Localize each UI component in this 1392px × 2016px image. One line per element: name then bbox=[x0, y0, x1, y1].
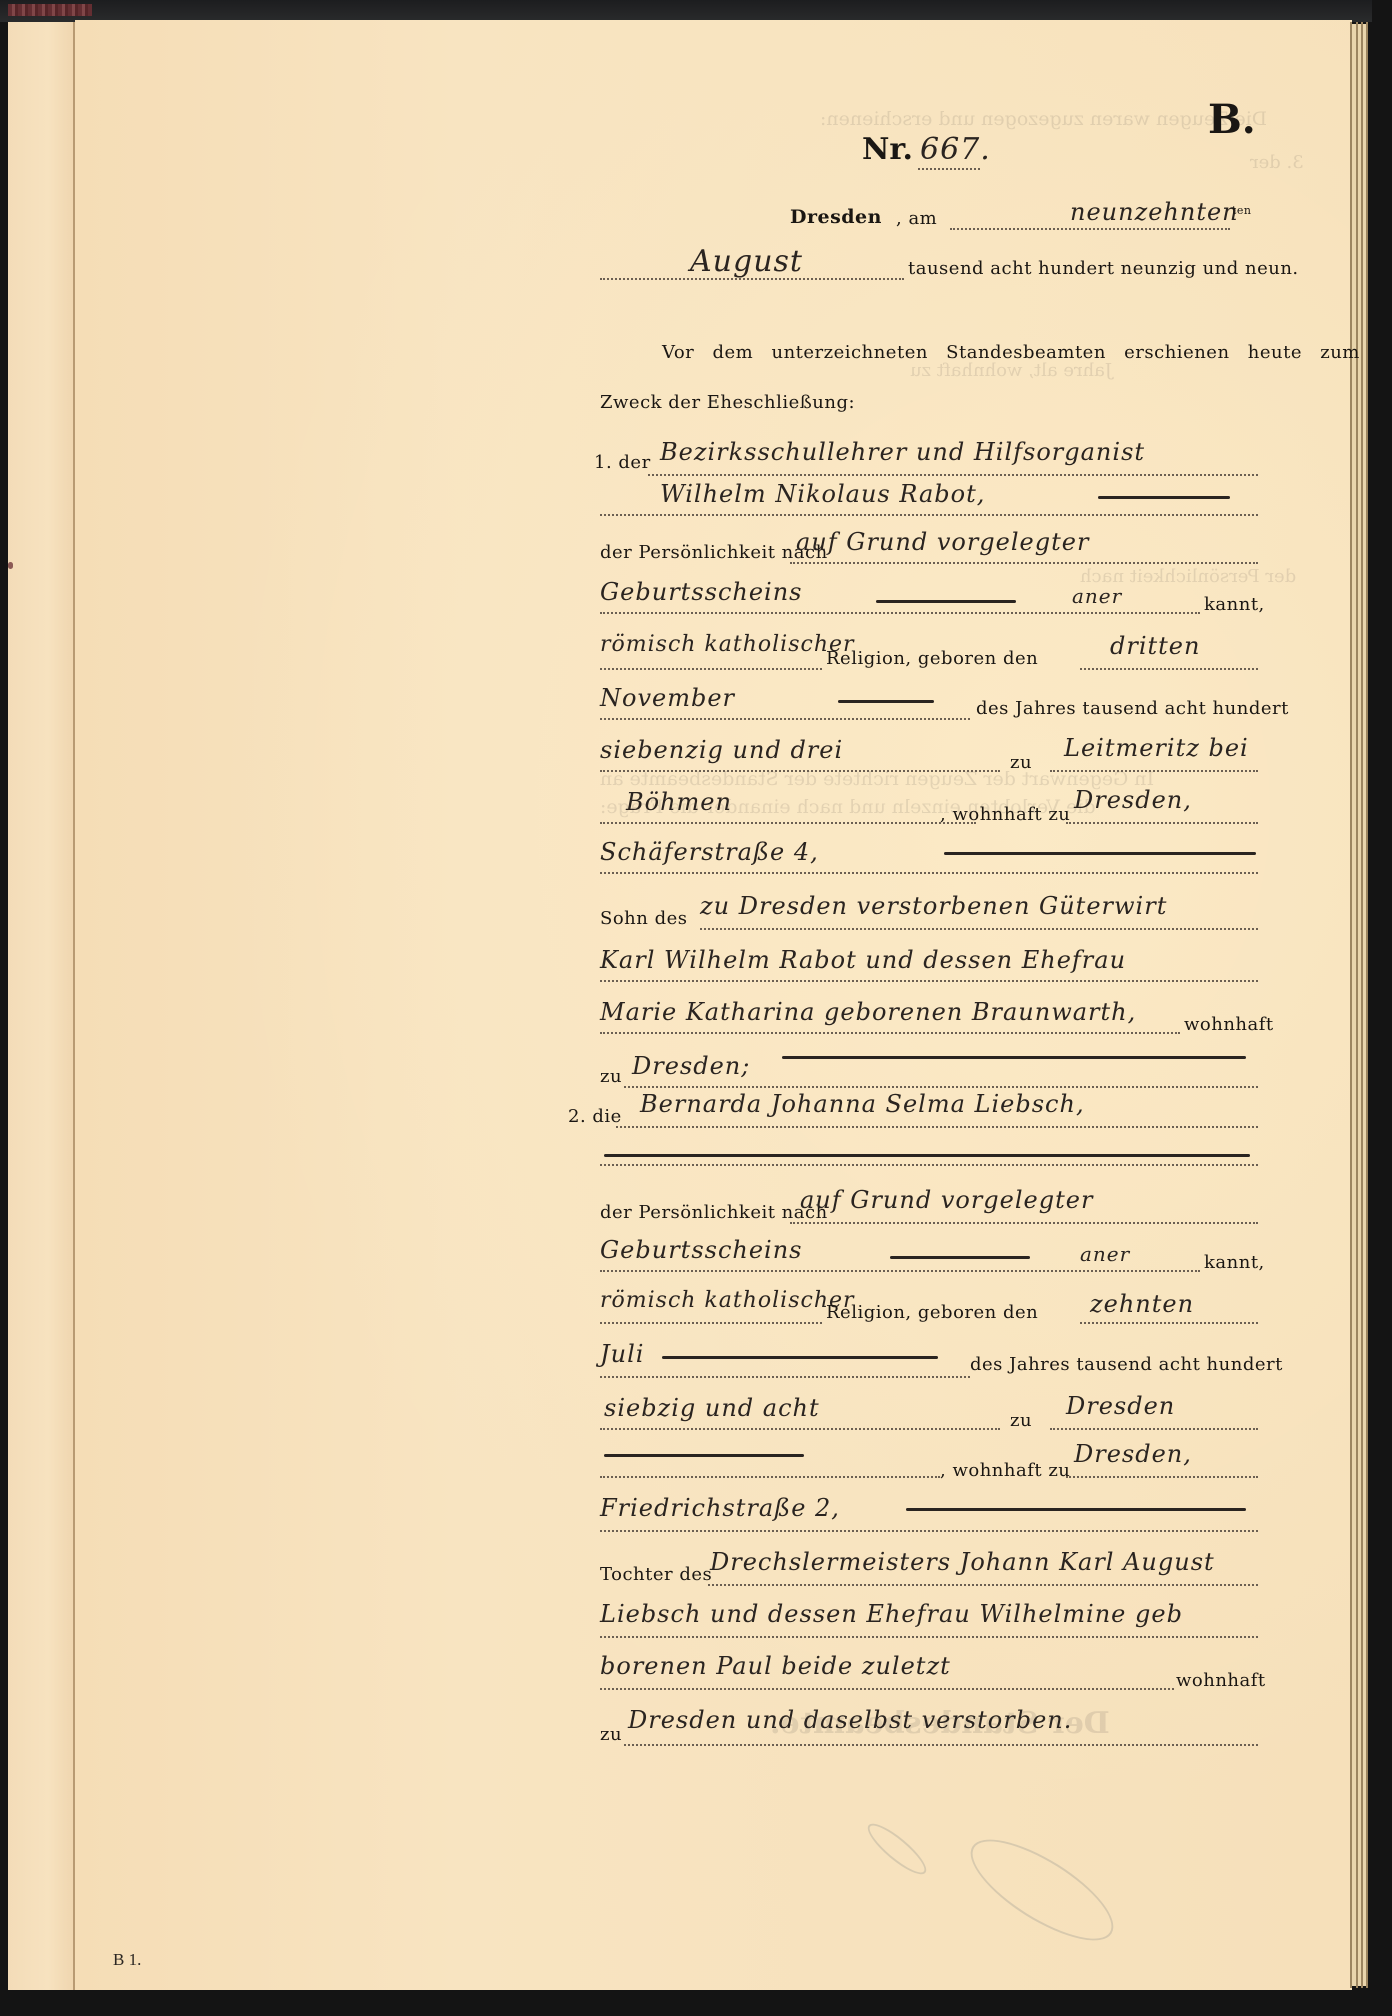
dotted-line bbox=[600, 1476, 940, 1478]
year-label: des Jahres tausend acht hundert bbox=[976, 698, 1289, 719]
scanner-top-border bbox=[0, 0, 1392, 22]
zu-label: zu bbox=[1010, 1410, 1032, 1431]
dotted-line bbox=[600, 668, 822, 670]
party1-religion: römisch katholischer bbox=[600, 632, 855, 657]
party1-parents-1: zu Dresden verstorbenen Güterwirt bbox=[700, 892, 1167, 920]
party1-name: Wilhelm Nikolaus Rabot, bbox=[660, 480, 985, 508]
party2-birth-day: zehnten bbox=[1090, 1290, 1194, 1318]
dotted-line bbox=[600, 1376, 970, 1378]
dotted-line bbox=[600, 718, 970, 720]
dotted-line bbox=[600, 770, 1000, 772]
son-of-label: Sohn des bbox=[600, 908, 688, 929]
blank-fill-rule bbox=[1098, 496, 1230, 499]
dotted-line bbox=[600, 1322, 822, 1324]
dotted-line bbox=[600, 1270, 1200, 1272]
zu-label: zu bbox=[1010, 752, 1032, 773]
party1-birthplace-1: Leitmeritz bei bbox=[1064, 734, 1249, 762]
am-label: , am bbox=[896, 208, 937, 229]
party2-birth-month: Juli bbox=[600, 1340, 644, 1368]
party1-birth-month: November bbox=[600, 684, 735, 712]
blank-fill-rule bbox=[876, 600, 1016, 603]
party2-parents-3: borenen Paul beide zuletzt bbox=[600, 1652, 951, 1680]
dotted-line bbox=[700, 928, 1258, 930]
dotted-line bbox=[708, 1584, 1258, 1586]
intro-line-1: Vor dem unterzeichneten Standesbeamten e… bbox=[662, 342, 1360, 363]
party1-identity-1: auf Grund vorgelegter bbox=[796, 528, 1089, 556]
party1-identity-3: aner bbox=[1072, 584, 1122, 608]
dotted-line bbox=[600, 980, 1258, 982]
blank-fill-rule bbox=[906, 1508, 1246, 1511]
party2-identity-3: aner bbox=[1080, 1242, 1130, 1266]
entry-number-label: Nr. bbox=[862, 132, 913, 167]
dotted-line bbox=[600, 872, 1258, 874]
dotted-line bbox=[648, 474, 1258, 476]
residence-label: , wohnhaft zu bbox=[940, 1460, 1070, 1481]
dotted-line bbox=[600, 1688, 1174, 1690]
party2-birth-year: siebzig und acht bbox=[604, 1394, 820, 1422]
party1-residence: Dresden, bbox=[1074, 786, 1192, 814]
page-edge-line bbox=[1366, 22, 1368, 1988]
page-edge-line bbox=[1361, 22, 1363, 1988]
dotted-line bbox=[918, 168, 980, 170]
dotted-line bbox=[1080, 668, 1258, 670]
religion-label: Religion, geboren den bbox=[826, 648, 1038, 669]
wohnhaft-label: wohnhaft bbox=[1184, 1014, 1274, 1035]
party2-residence: Dresden, bbox=[1074, 1440, 1192, 1468]
bleed-through-text: 3. der bbox=[1250, 152, 1304, 173]
party2-street: Friedrichstraße 2, bbox=[600, 1494, 840, 1522]
party1-label: 1. der bbox=[594, 452, 651, 473]
dotted-line bbox=[624, 1744, 1258, 1746]
daughter-of-label: Tochter des bbox=[600, 1564, 712, 1585]
wohnhaft-label: wohnhaft bbox=[1176, 1670, 1266, 1691]
party1-birthplace-2: Böhmen bbox=[626, 788, 732, 816]
dotted-line bbox=[616, 1126, 1258, 1128]
party2-identity-1: auf Grund vorgelegter bbox=[800, 1186, 1093, 1214]
dotted-line bbox=[624, 1086, 1258, 1088]
dotted-line bbox=[600, 1636, 1258, 1638]
bleed-through-text: Die Zeugen waren zugezogen und erschiene… bbox=[820, 108, 1267, 130]
party1-identity-2: Geburtsscheins bbox=[600, 578, 803, 606]
page-edge-line bbox=[1356, 22, 1358, 1988]
party1-parents-3: Marie Katharina geborenen Braunwarth, bbox=[600, 998, 1136, 1026]
blank-fill-rule bbox=[604, 1154, 1250, 1157]
party2-identity-2: Geburtsscheins bbox=[600, 1236, 803, 1264]
dotted-line bbox=[600, 1032, 1180, 1034]
blank-fill-rule bbox=[662, 1356, 938, 1359]
zu-label: zu bbox=[600, 1724, 622, 1745]
party2-religion: römisch katholischer bbox=[600, 1288, 855, 1313]
scanner-bottom-border bbox=[0, 1990, 1392, 2016]
month-handwritten: August bbox=[690, 244, 803, 279]
blank-fill-rule bbox=[838, 700, 934, 703]
dotted-line bbox=[600, 1530, 1258, 1532]
party1-parents-2: Karl Wilhelm Rabot und dessen Ehefrau bbox=[600, 946, 1126, 974]
intro-line-2: Zweck der Eheschließung: bbox=[600, 392, 855, 413]
kannt-label: kannt, bbox=[1204, 594, 1265, 615]
form-code: B 1. bbox=[113, 1950, 141, 1970]
party1-street: Schäferstraße 4, bbox=[600, 838, 819, 866]
day-suffix: ten bbox=[1232, 204, 1252, 217]
party2-birthplace: Dresden bbox=[1066, 1392, 1175, 1420]
party2-name: Bernarda Johanna Selma Liebsch, bbox=[640, 1090, 1085, 1118]
party1-parents-residence: Dresden; bbox=[632, 1052, 750, 1080]
paper-stain bbox=[8, 562, 13, 569]
bleed-through-text: Jahre alt, wohnhaft zu bbox=[910, 360, 1112, 381]
dotted-line bbox=[600, 1428, 1000, 1430]
dotted-line bbox=[1050, 1428, 1258, 1430]
party2-parents-2: Liebsch und dessen Ehefrau Wilhelmine ge… bbox=[600, 1600, 1183, 1628]
dotted-line bbox=[1066, 1476, 1258, 1478]
party1-occupation: Bezirksschullehrer und Hilfsorganist bbox=[660, 438, 1145, 466]
form-letter: B. bbox=[1208, 96, 1256, 143]
place-name: Dresden bbox=[790, 206, 882, 228]
dotted-line bbox=[600, 612, 1200, 614]
residence-label: , wohnhaft zu bbox=[940, 804, 1070, 825]
year-printed: tausend acht hundert neunzig und neun. bbox=[908, 258, 1299, 279]
dotted-line bbox=[950, 228, 1230, 230]
blank-fill-rule bbox=[782, 1056, 1246, 1059]
dotted-line bbox=[1080, 1322, 1258, 1324]
dotted-line bbox=[1066, 822, 1258, 824]
dotted-line bbox=[600, 822, 976, 824]
day-handwritten: neunzehnten bbox=[1070, 198, 1239, 226]
year-label: des Jahres tausend acht hundert bbox=[970, 1354, 1283, 1375]
identity-label: der Persönlichkeit nach bbox=[600, 542, 828, 563]
zu-label: zu bbox=[600, 1066, 622, 1087]
kannt-label: kannt, bbox=[1204, 1252, 1265, 1273]
identity-label: der Persönlichkeit nach bbox=[600, 1202, 828, 1223]
scanner-right-border bbox=[1372, 0, 1392, 2016]
dotted-line bbox=[600, 1164, 1258, 1166]
book-binding-edge bbox=[8, 4, 92, 16]
dotted-line bbox=[790, 562, 1258, 564]
dotted-line bbox=[790, 1222, 1258, 1224]
religion-label: Religion, geboren den bbox=[826, 1302, 1038, 1323]
party1-birth-year: siebenzig und drei bbox=[600, 736, 843, 764]
left-page-sliver bbox=[8, 22, 75, 1990]
page-edge-line bbox=[1350, 22, 1352, 1988]
party1-birth-day: dritten bbox=[1110, 632, 1200, 660]
blank-fill-rule bbox=[890, 1256, 1030, 1259]
blank-fill-rule bbox=[944, 852, 1256, 855]
party2-parents-residence: Dresden und daselbst verstorben. bbox=[628, 1706, 1072, 1734]
dotted-line bbox=[1050, 770, 1258, 772]
dotted-line bbox=[600, 514, 1258, 516]
party2-label: 2. die bbox=[568, 1106, 622, 1127]
party2-parents-1: Drechslermeisters Johann Karl August bbox=[710, 1548, 1215, 1576]
entry-number-value: 667. bbox=[920, 132, 991, 167]
blank-fill-rule bbox=[604, 1454, 804, 1457]
